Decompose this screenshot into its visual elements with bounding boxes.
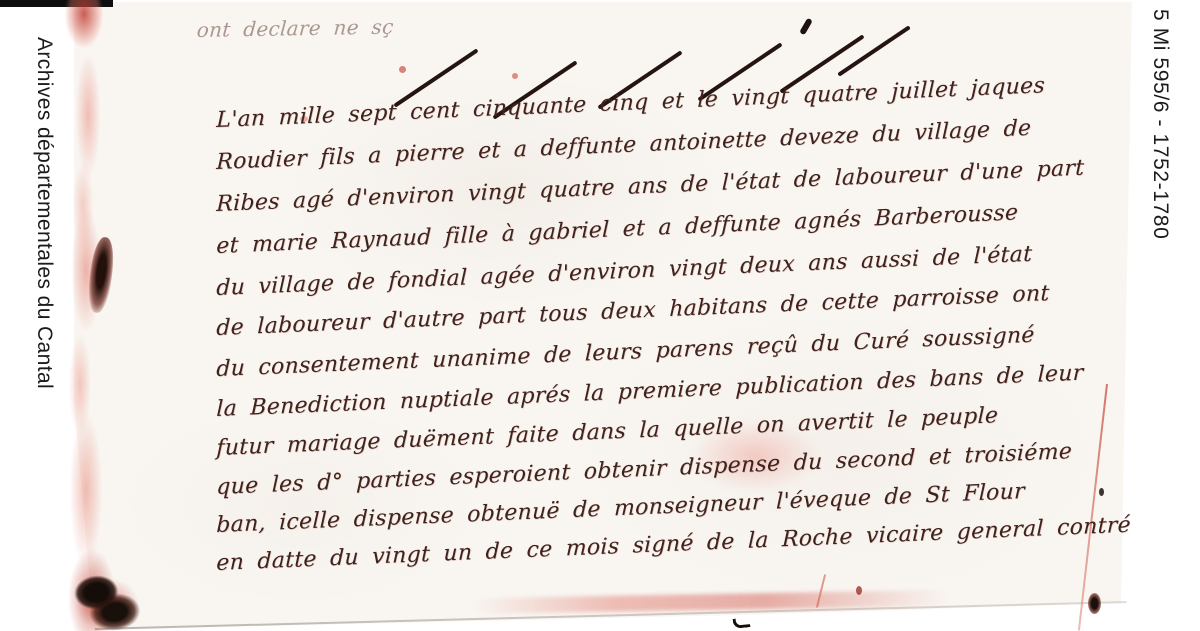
bottom-pen-mark	[733, 617, 751, 629]
bottom-left-smudge	[63, 566, 151, 631]
archive-name-label: Archives départementales du Cantal	[32, 37, 56, 389]
crease-dark-mark	[1088, 593, 1101, 614]
red-speck	[399, 66, 406, 73]
reference-code-label: 5 Mi 595/6 - 1752-1780	[1148, 9, 1172, 239]
red-speck	[856, 586, 862, 595]
archival-scan-viewer: Archives départementales du Cantal 5 Mi …	[0, 0, 1200, 631]
red-speck	[512, 73, 518, 79]
left-edge-stain	[56, 0, 134, 631]
